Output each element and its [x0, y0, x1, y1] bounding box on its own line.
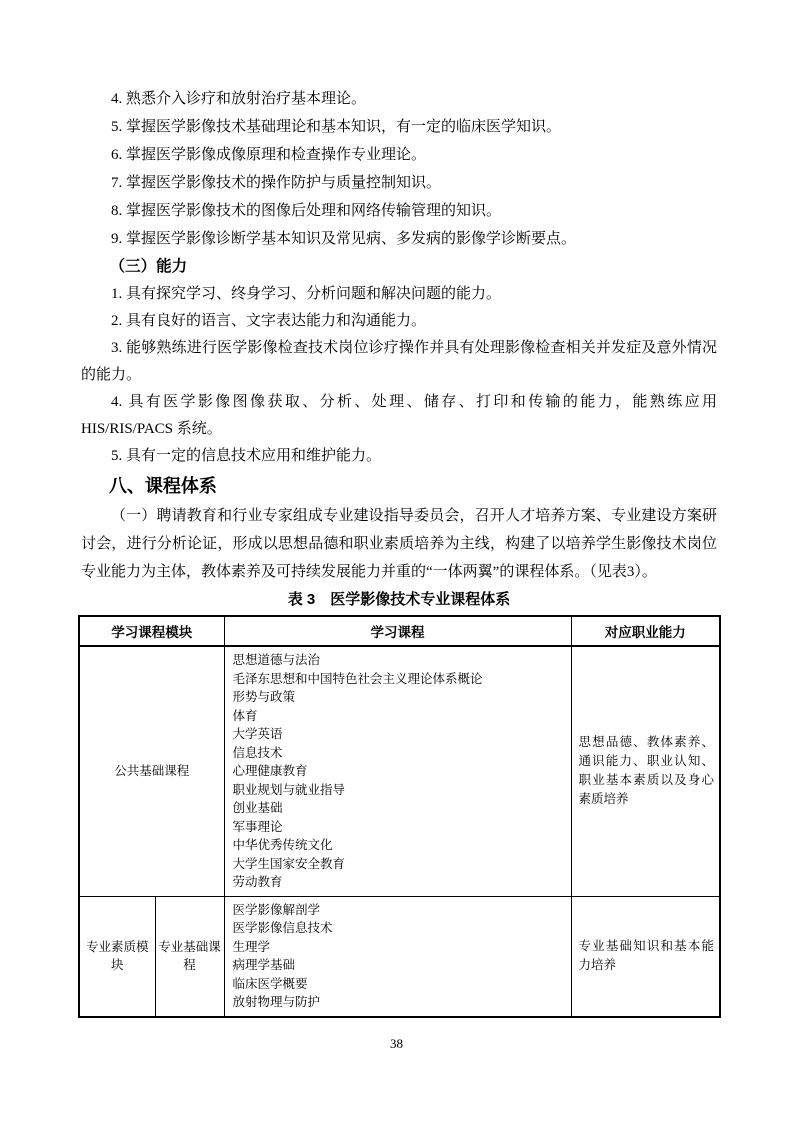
- list-item: 7. 掌握医学影像技术的操作防护与质量控制知识。: [81, 169, 717, 197]
- module-cell: 公共基础课程: [79, 646, 224, 896]
- ability-cell: 思想品德、教体素养、通识能力、职业认知、职业基本素质以及身心素质培养: [571, 646, 720, 896]
- list-item: 1. 具有探究学习、终身学习、分析问题和解决问题的能力。: [81, 281, 717, 308]
- course-item: 中华优秀传统文化: [233, 836, 563, 855]
- courses-cell: 医学影像解剖学 医学影像信息技术 生理学 病理学基础 临床医学概要 放射物理与防…: [224, 896, 571, 1017]
- course-item: 毛泽东思想和中国特色社会主义理论体系概论: [233, 670, 563, 689]
- course-item: 军事理论: [233, 818, 563, 837]
- column-header-module: 学习课程模块: [79, 616, 224, 646]
- curriculum-table: 学习课程模块 学习课程 对应职业能力 公共基础课程 思想道德与法治 毛泽东思想和…: [78, 615, 721, 1018]
- ability-cell: 专业基础知识和基本能力培养: [571, 896, 720, 1017]
- section-heading-ability: （三）能力: [81, 253, 717, 281]
- section-heading-curriculum: 八、课程体系: [81, 470, 717, 502]
- course-item: 大学生国家安全教育: [233, 855, 563, 874]
- list-item: 5. 掌握医学影像技术基础理论和基本知识，有一定的临床医学知识。: [81, 113, 717, 141]
- course-item: 思想道德与法治: [233, 651, 563, 670]
- course-item: 放射物理与防护: [233, 993, 563, 1012]
- course-item: 大学英语: [233, 725, 563, 744]
- table-header-row: 学习课程模块 学习课程 对应职业能力: [79, 616, 720, 646]
- list-item: 6. 掌握医学影像成像原理和检查操作专业理论。: [81, 141, 717, 169]
- course-item: 劳动教育: [233, 873, 563, 892]
- table-title: 表 3 医学影像技术专业课程体系: [81, 588, 717, 612]
- course-item: 职业规划与就业指导: [233, 781, 563, 800]
- course-item: 心理健康教育: [233, 762, 563, 781]
- list-item: 4. 熟悉介入诊疗和放射治疗基本理论。: [81, 85, 717, 113]
- document-page: 4. 熟悉介入诊疗和放射治疗基本理论。 5. 掌握医学影像技术基础理论和基本知识…: [0, 0, 793, 1122]
- table-row: 专业素质模块 专业基础课程 医学影像解剖学 医学影像信息技术 生理学 病理学基础…: [79, 896, 720, 1017]
- courses-cell: 思想道德与法治 毛泽东思想和中国特色社会主义理论体系概论 形势与政策 体育 大学…: [224, 646, 571, 896]
- course-item: 生理学: [233, 938, 563, 957]
- course-item: 创业基础: [233, 799, 563, 818]
- course-item: 医学影像解剖学: [233, 901, 563, 920]
- list-item: 5. 具有一定的信息技术应用和维护能力。: [81, 443, 717, 470]
- page-number: 38: [0, 1036, 793, 1052]
- course-item: 医学影像信息技术: [233, 919, 563, 938]
- page-content: 4. 熟悉介入诊疗和放射治疗基本理论。 5. 掌握医学影像技术基础理论和基本知识…: [0, 0, 793, 1018]
- course-item: 临床医学概要: [233, 975, 563, 994]
- paragraph: （一）聘请教育和行业专家组成专业建设指导委员会，召开人才培养方案、专业建设方案研…: [81, 502, 717, 586]
- column-header-ability: 对应职业能力: [571, 616, 720, 646]
- course-item: 体育: [233, 707, 563, 726]
- list-item: 2. 具有良好的语言、文字表达能力和沟通能力。: [81, 308, 717, 335]
- list-item: 8. 掌握医学影像技术的图像后处理和网络传输管理的知识。: [81, 197, 717, 225]
- column-header-courses: 学习课程: [224, 616, 571, 646]
- submodule-cell: 专业基础课程: [155, 896, 224, 1017]
- course-item: 形势与政策: [233, 688, 563, 707]
- list-item: 4. 具有医学影像图像获取、分析、处理、储存、打印和传输的能力，能熟练应用 HI…: [81, 389, 717, 443]
- course-item: 病理学基础: [233, 956, 563, 975]
- module-cell: 专业素质模块: [79, 896, 155, 1017]
- course-item: 信息技术: [233, 744, 563, 763]
- list-item: 3. 能够熟练进行医学影像检查技术岗位诊疗操作并具有处理影像检查相关并发症及意外…: [81, 335, 717, 389]
- table-row: 公共基础课程 思想道德与法治 毛泽东思想和中国特色社会主义理论体系概论 形势与政…: [79, 646, 720, 896]
- list-item: 9. 掌握医学影像诊断学基本知识及常见病、多发病的影像学诊断要点。: [81, 225, 717, 253]
